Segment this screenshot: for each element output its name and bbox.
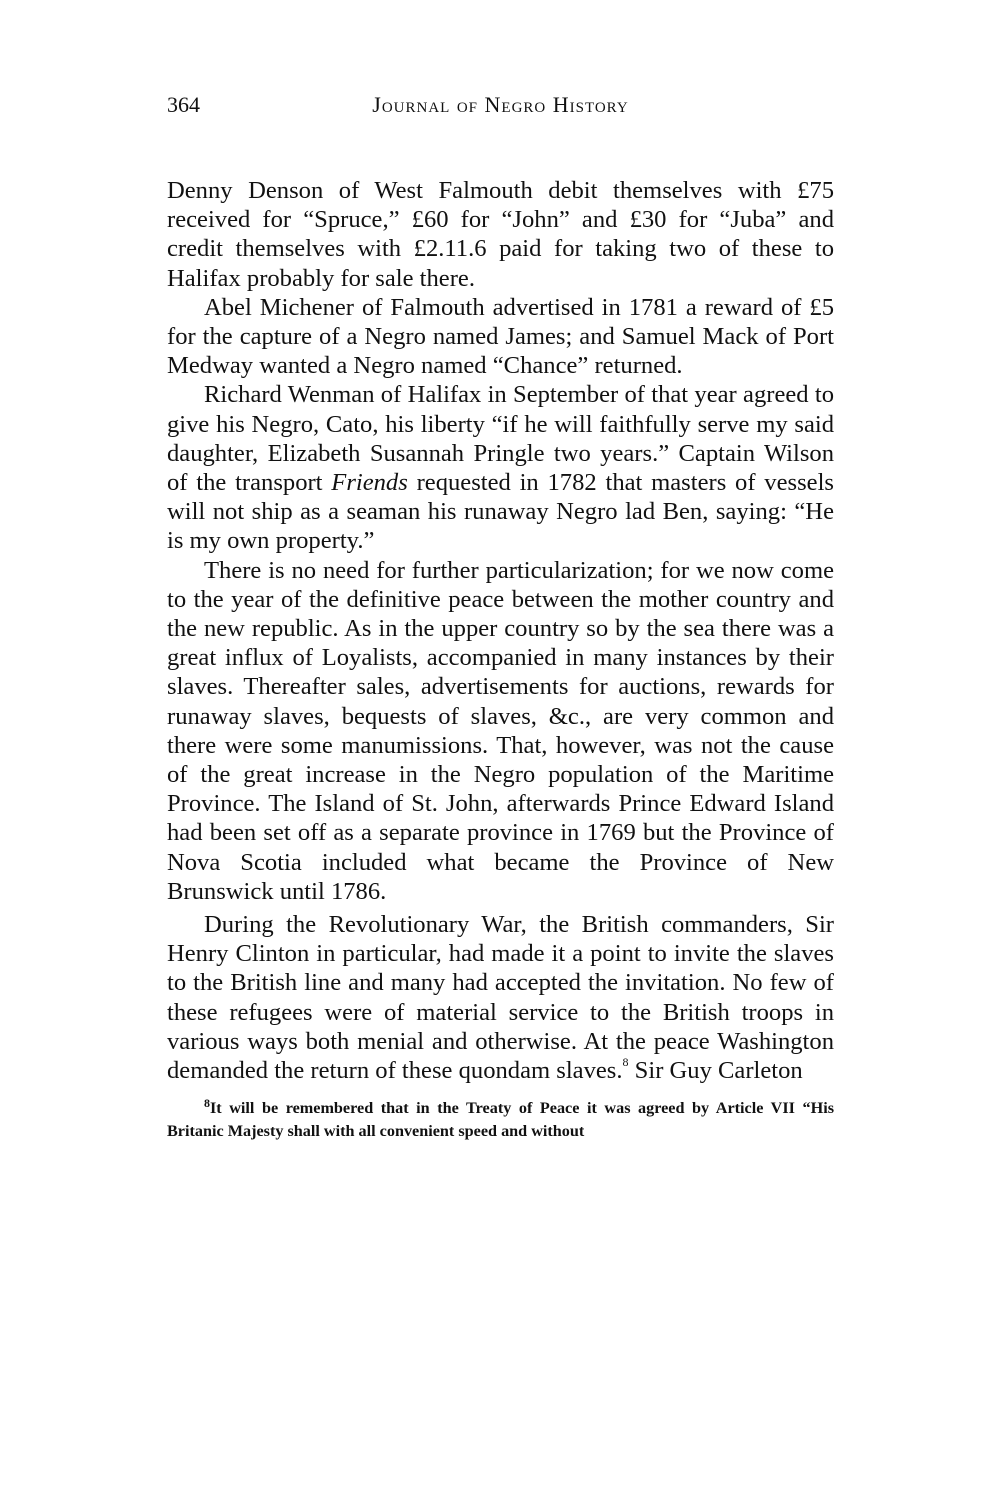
footnote: 8It will be remembered that in the Treat… bbox=[167, 1097, 834, 1143]
p5-trailing: Sir Guy Carleton bbox=[629, 1057, 803, 1084]
ship-name: Friends bbox=[331, 469, 408, 496]
paragraph-4: There is no need for further particulari… bbox=[167, 556, 834, 906]
running-head: Journal of Negro History bbox=[167, 92, 834, 118]
paragraph-5: During the Revolutionary War, the Britis… bbox=[167, 910, 834, 1085]
footnote-text: It will be remembered that in the Treaty… bbox=[167, 1099, 834, 1140]
paragraph-1: Denny Denson of West Falmouth debit them… bbox=[167, 176, 834, 293]
paragraph-2: Abel Michener of Falmouth advertised in … bbox=[167, 293, 834, 381]
page-header: 364 Journal of Negro History bbox=[167, 92, 834, 132]
body-text: Denny Denson of West Falmouth debit them… bbox=[167, 176, 834, 1085]
document-page: 364 Journal of Negro History Denny Denso… bbox=[167, 92, 834, 1143]
paragraph-3: Richard Wenman of Halifax in September o… bbox=[167, 380, 834, 555]
footnote-8: 8It will be remembered that in the Treat… bbox=[167, 1097, 834, 1143]
